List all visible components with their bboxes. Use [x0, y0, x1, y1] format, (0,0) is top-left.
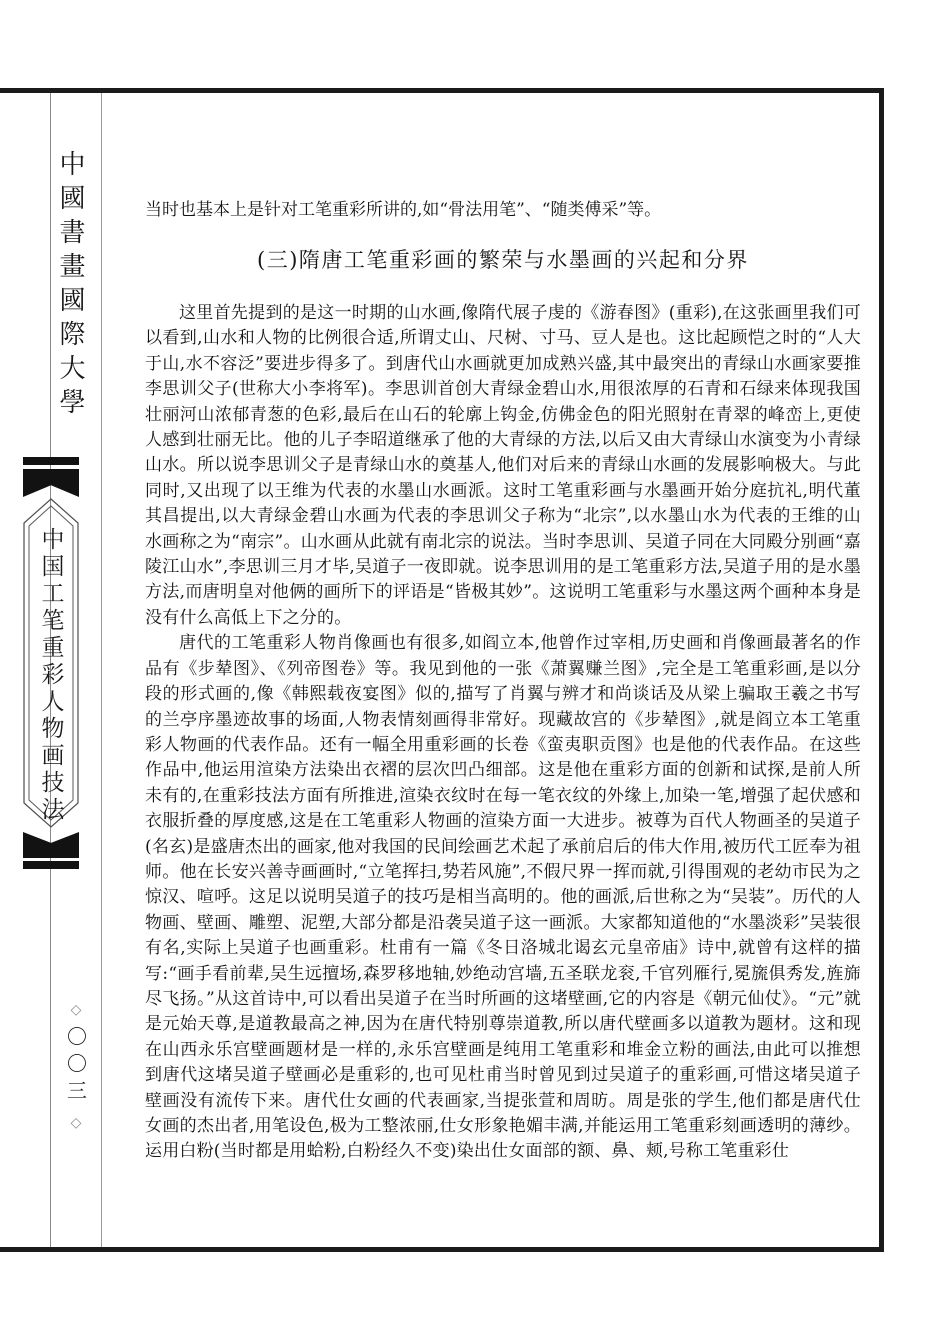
body-text-block: 这里首先提到的是这一时期的山水画,像隋代展子虔的《游春图》(重彩),在这张画里我…	[145, 301, 861, 1165]
body-paragraph: 这里首先提到的是这一时期的山水画,像隋代展子虔的《游春图》(重彩),在这张画里我…	[145, 301, 861, 631]
series-title-emblem: 中国工笔重彩人物画技法	[22, 457, 80, 869]
diamond-icon: ◇	[71, 1003, 82, 1017]
sidebar-university-title: 中國書畫國際大學	[62, 150, 89, 422]
page-number-block: ◇ 〇〇三 ◇	[50, 1003, 102, 1130]
frame-top-border	[0, 88, 884, 93]
emblem-top-bar	[23, 457, 79, 465]
frame-bottom-border	[0, 1247, 884, 1252]
page-number: 〇〇三	[62, 1026, 91, 1107]
emblem-top-ribbon-icon	[23, 469, 79, 497]
section-heading: (三)隋唐工笔重彩画的繁荣与水墨画的兴起和分界	[145, 245, 861, 275]
carryover-paragraph: 当时也基本上是针对工笔重彩所讲的,如“骨法用笔”、“随类傅采”等。	[145, 198, 861, 223]
body-paragraph: 唐代的工笔重彩人物肖像画也有很多,如阎立本,他曾作过宰相,历史画和肖像画最著名的…	[145, 631, 861, 1165]
page-content: 当时也基本上是针对工笔重彩所讲的,如“骨法用笔”、“随类傅采”等。 (三)隋唐工…	[145, 198, 861, 1165]
book-page: 中國書畫國際大學 中国工笔重彩人物画技法 ◇ 〇〇三 ◇ 当时也基本上是针对工笔…	[0, 0, 950, 1344]
diamond-icon: ◇	[71, 1116, 82, 1130]
emblem-bottom-bar	[23, 861, 79, 869]
emblem-bottom-ribbon-icon	[23, 832, 79, 858]
frame-right-border	[879, 88, 884, 1252]
emblem-series-title: 中国工笔重彩人物画技法	[35, 527, 68, 824]
